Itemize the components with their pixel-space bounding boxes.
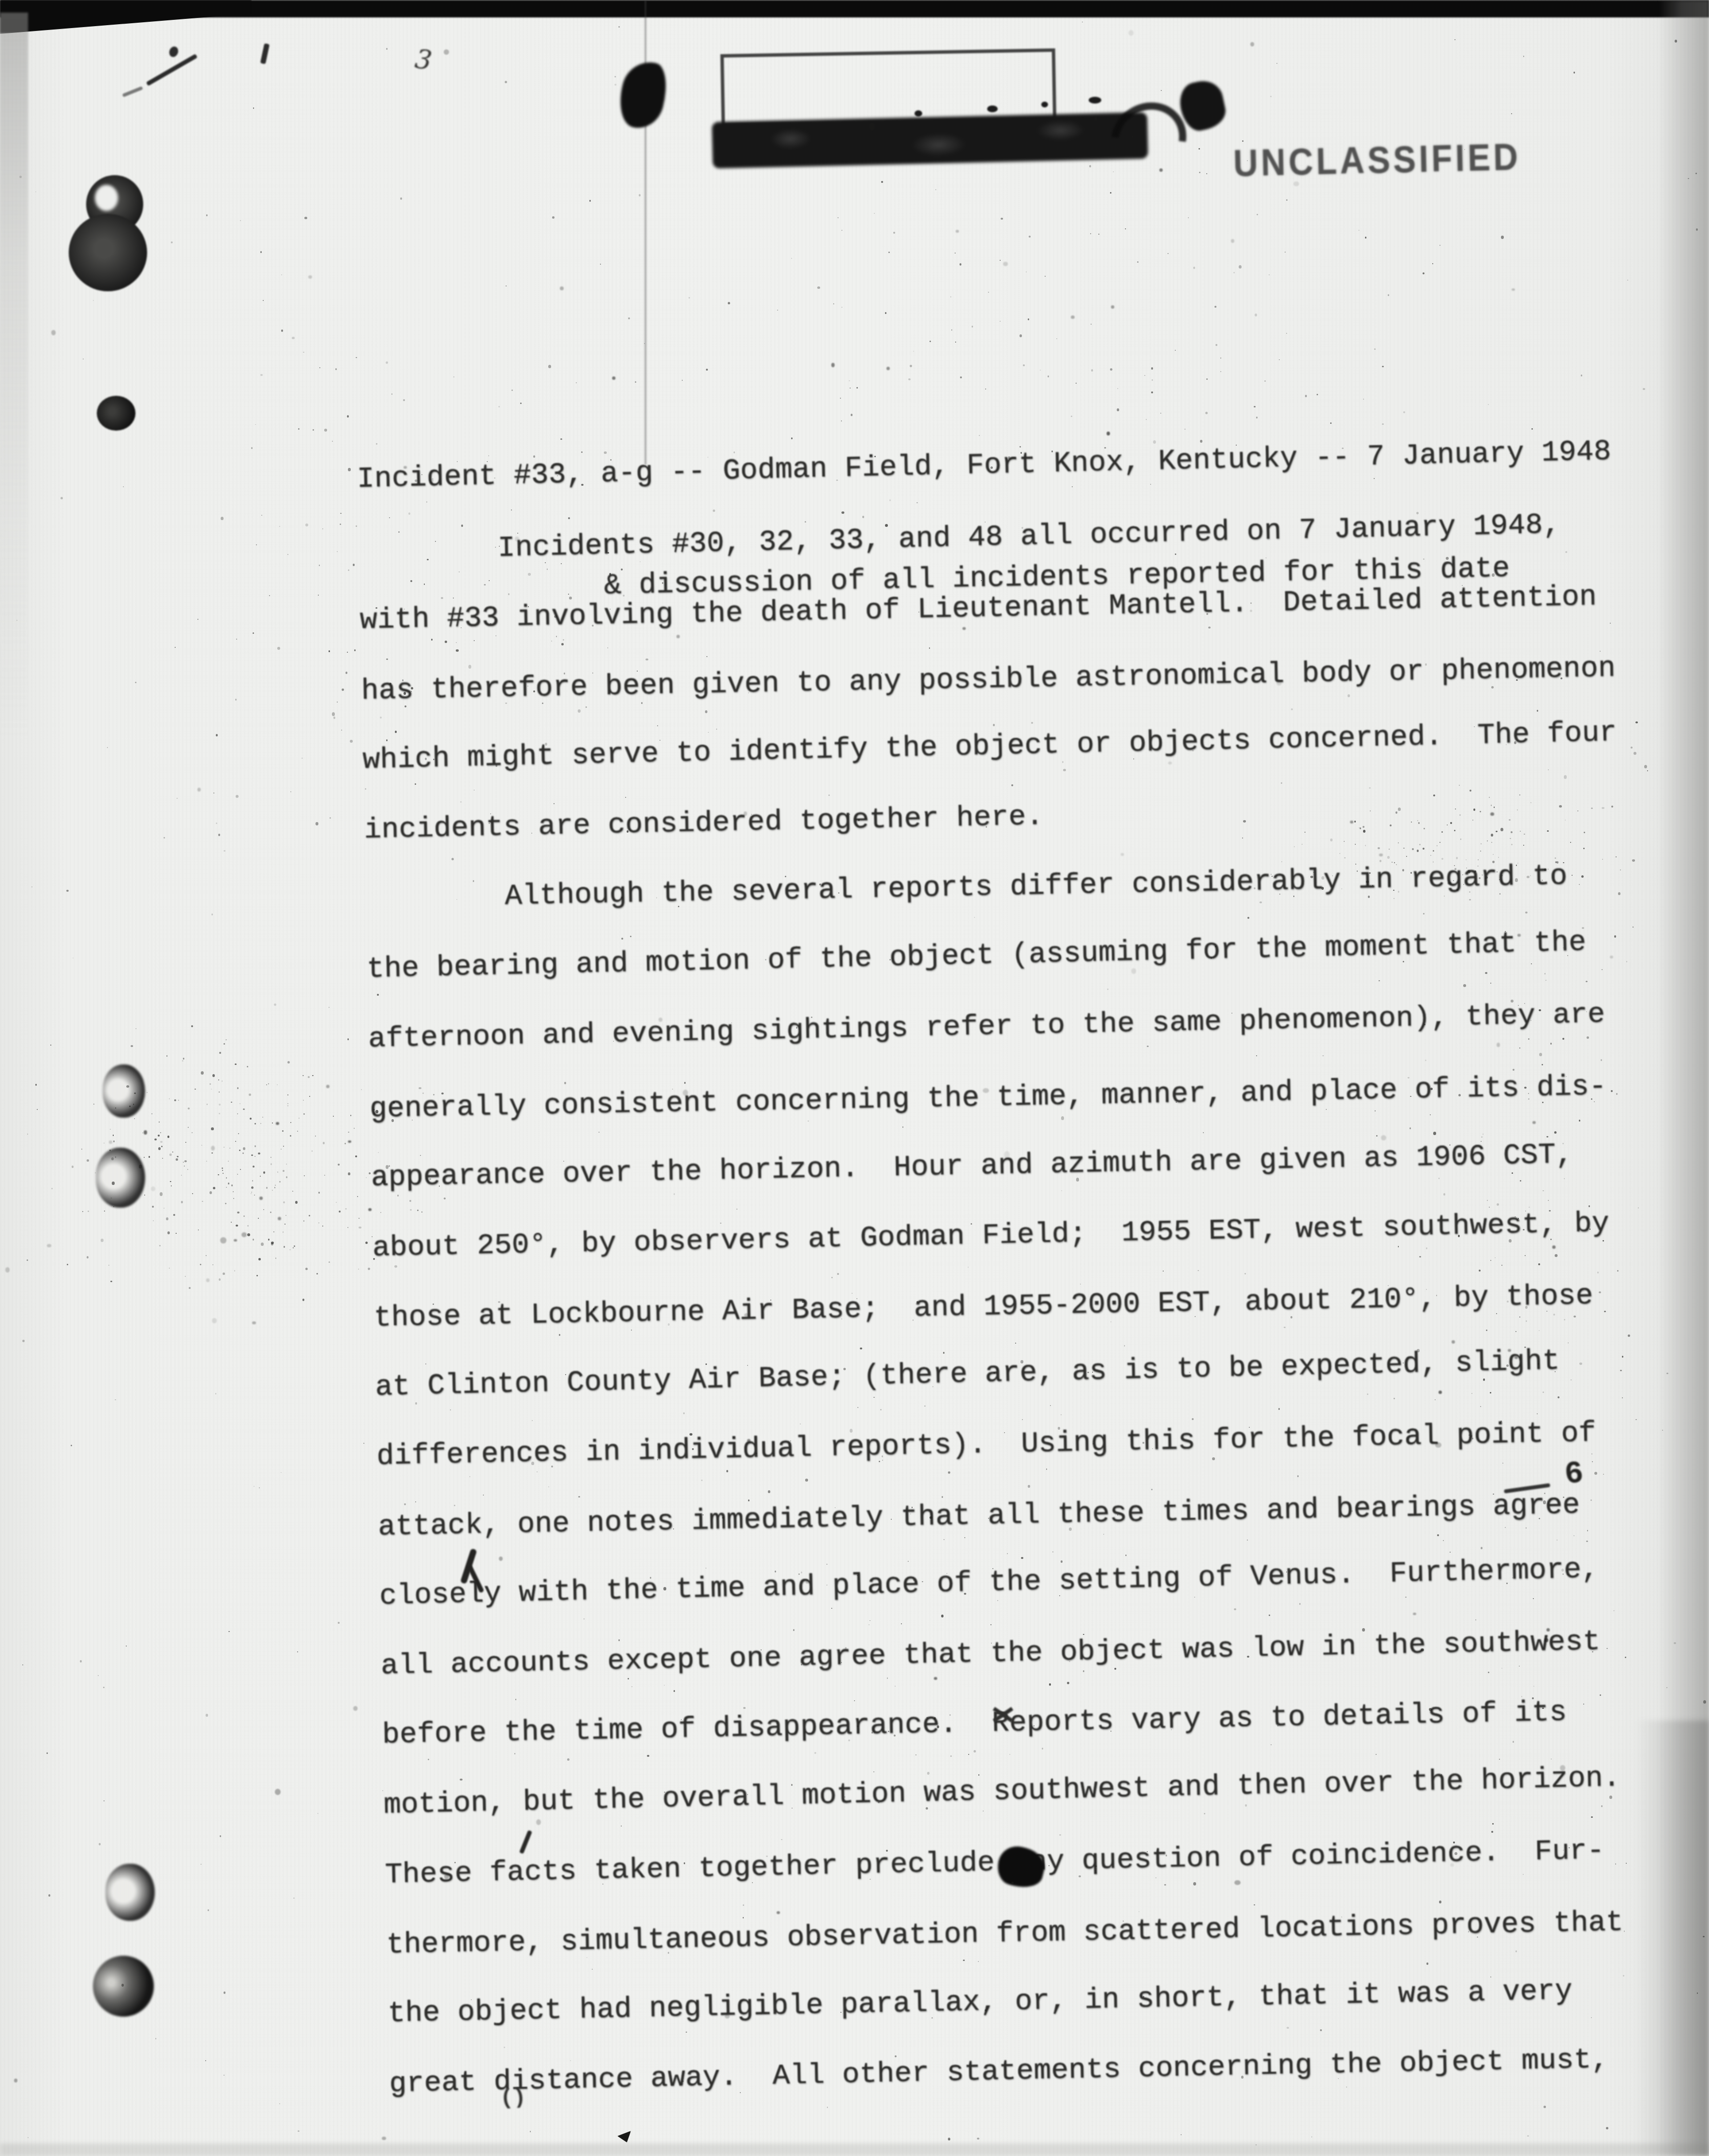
unclassified-stamp: UNCLASSIFIED (1233, 135, 1521, 185)
ink-blob-icon (613, 57, 673, 133)
ink-speck (1089, 97, 1101, 104)
pencil-tick-mark (260, 43, 270, 64)
pencil-check-tail (122, 86, 143, 97)
hole-punch-mark (69, 214, 147, 291)
ink-speck (1041, 102, 1048, 107)
page-left-edge-shadow (0, 13, 28, 738)
ink-speck (617, 2131, 631, 2142)
heading-line-1: Incident #33, a-g -- Godman Field, Fort … (357, 434, 1611, 498)
hole-punch-mark (97, 396, 135, 431)
hole-punch-mark (105, 1864, 155, 1921)
ink-paren-mark: () (499, 2085, 526, 2111)
hole-punch-mark (93, 1956, 154, 2017)
hole-punch-notch (95, 185, 118, 211)
ink-speck (987, 105, 998, 112)
ink-speck (914, 110, 922, 117)
scan-top-edge (0, 0, 1709, 17)
ink-numeral-mark: 6 (1563, 1456, 1585, 1493)
page-corner-shadow (1636, 1721, 1709, 2156)
hole-punch-mark (96, 1148, 145, 1208)
pencil-dot-mark (168, 45, 180, 59)
redaction-smudge-bar (712, 112, 1148, 168)
page-bottom-edge-shadow (0, 2143, 1709, 2156)
hole-punch-mark (103, 1064, 145, 1118)
pencil-numeral-mark: 3 (413, 44, 434, 76)
pencil-check-mark (146, 54, 198, 86)
scanned-document-page: { "stamps": { "unclassified": "UNCLASSIF… (0, 0, 1709, 2156)
